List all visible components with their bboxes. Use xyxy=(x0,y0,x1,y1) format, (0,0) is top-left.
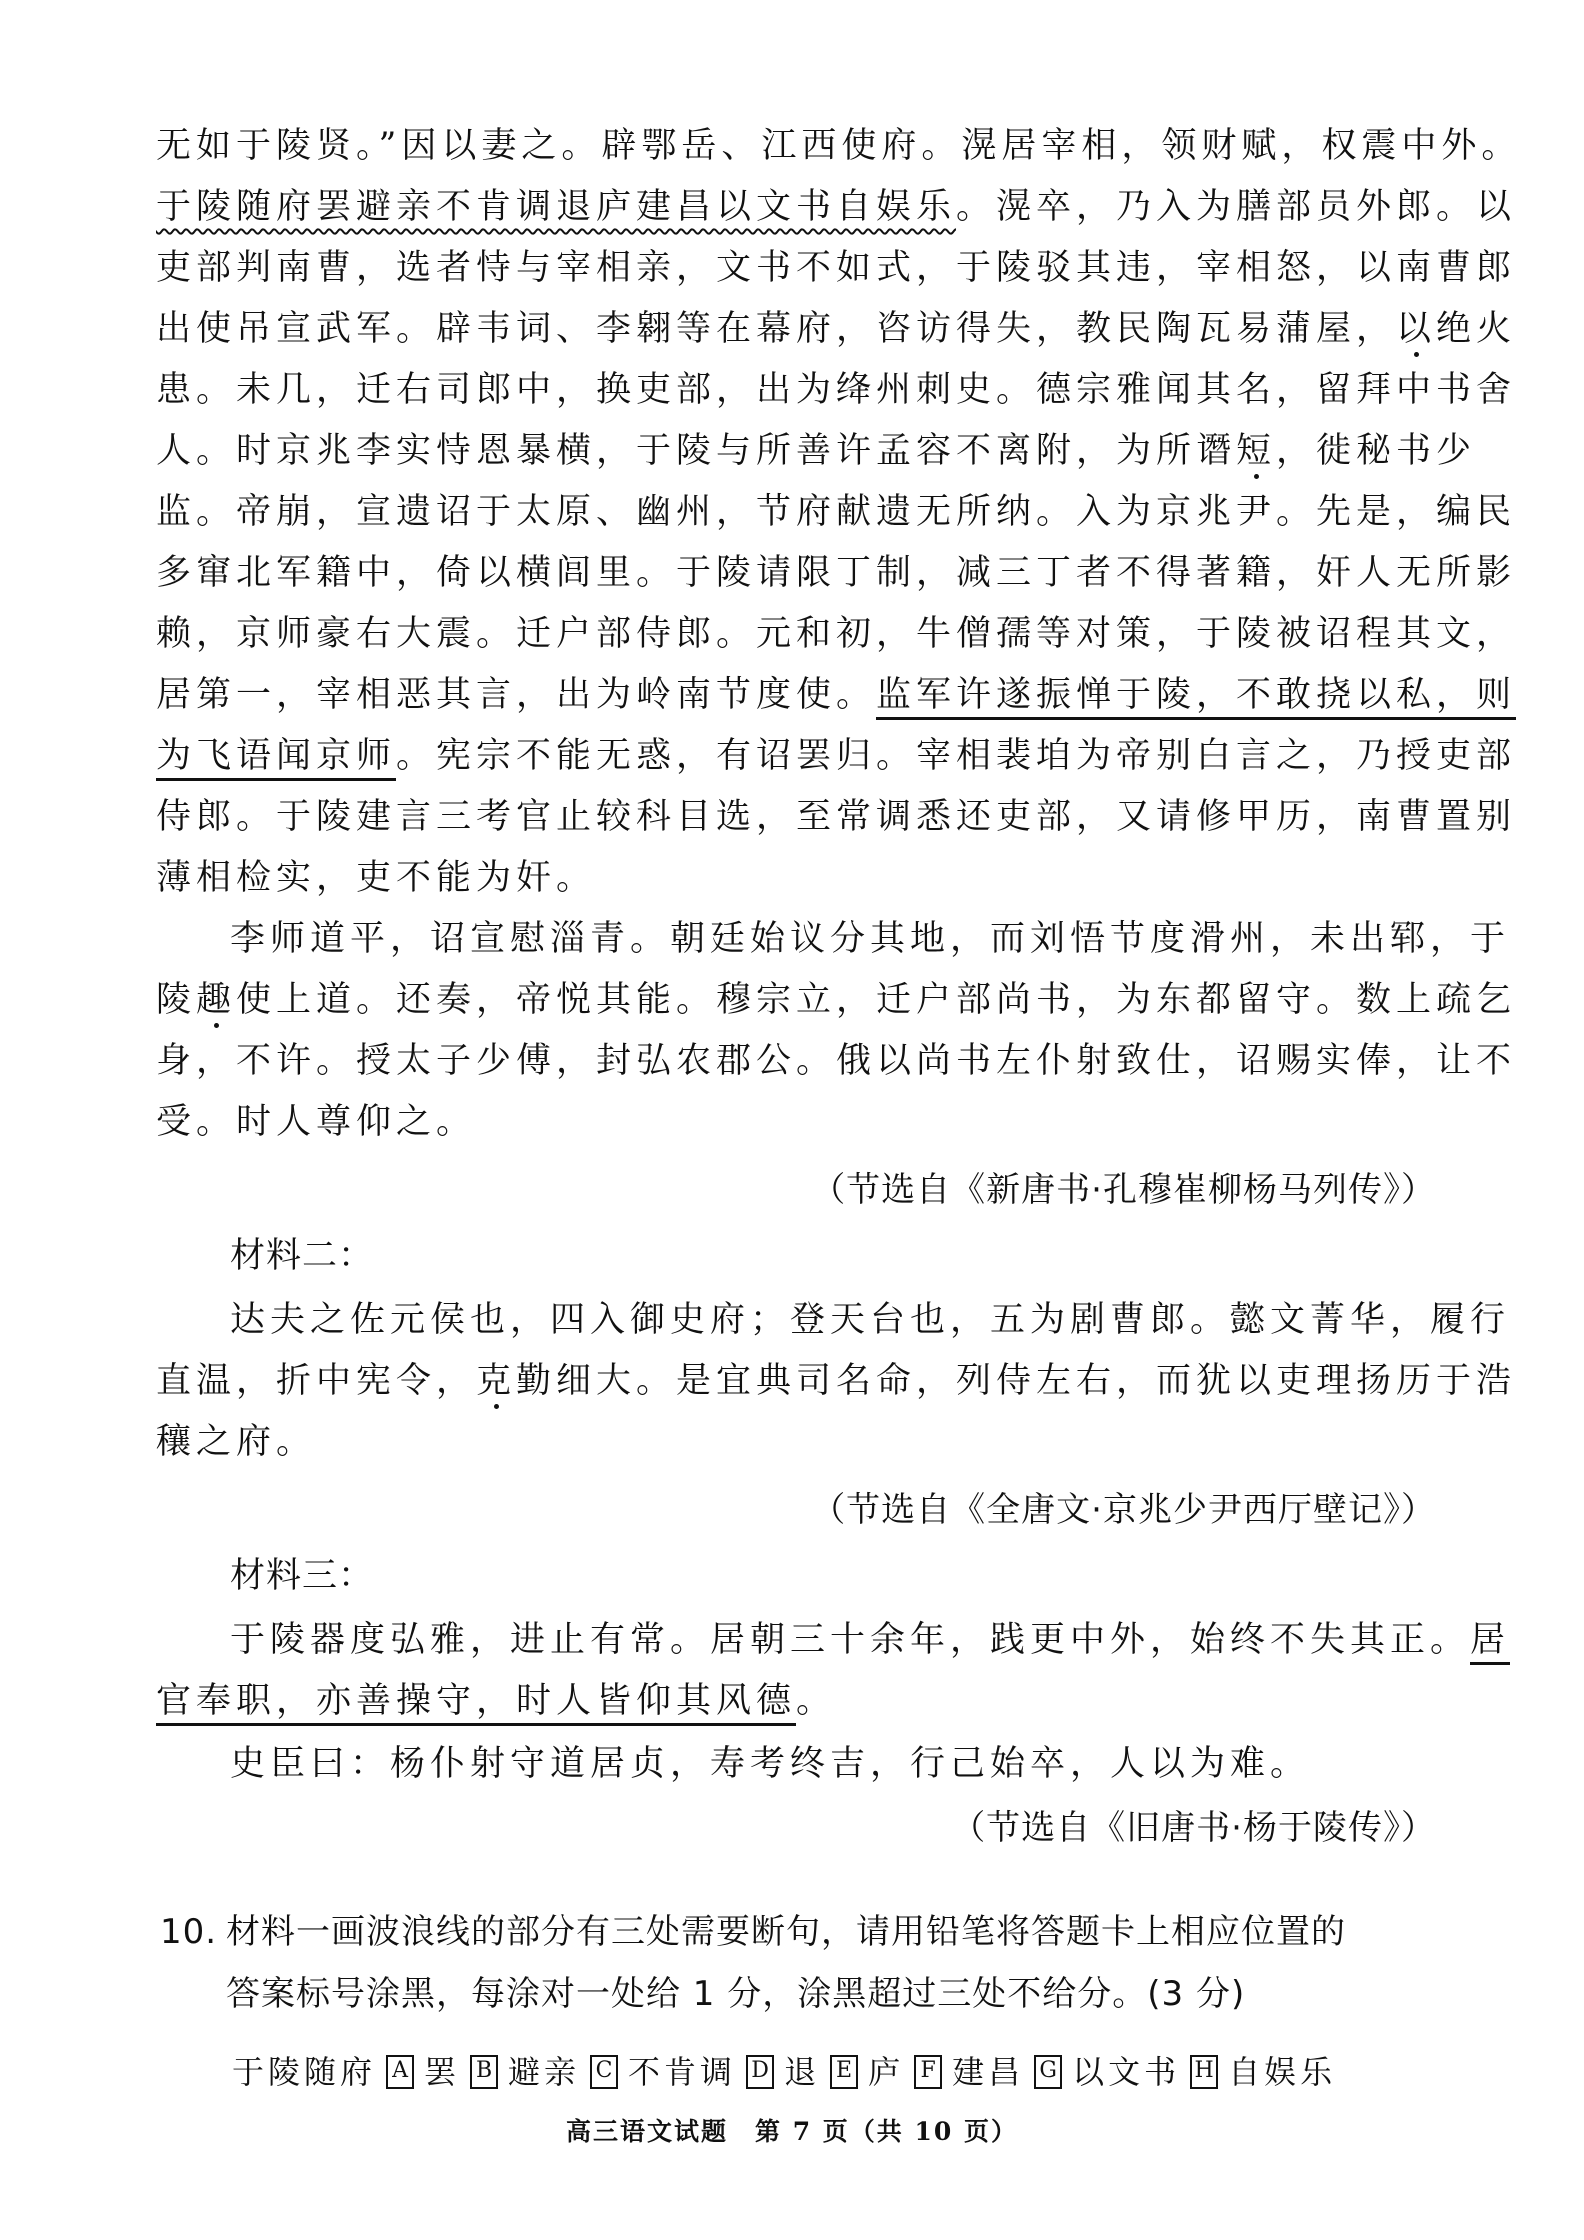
material1-line-11: 为飞语闻京师。宪宗不能无惑，有诏罢归。宰相裴垍为帝别白言之，乃授吏部 xyxy=(156,728,1436,784)
material2-line-3: 穰之府。 xyxy=(156,1414,1436,1470)
wavy-underlined-passage: 于陵随府罢避亲不肯调退庐建昌以文书自娱乐 xyxy=(156,187,956,227)
option-box-F[interactable]: F xyxy=(914,2055,942,2089)
material3-heading: 材料三： xyxy=(230,1548,1436,1604)
material2-line-2: 直温，折中宪令，克勤细大。是宜典司名命，列侍左右，而犹以吏理扬历于浩 xyxy=(156,1353,1436,1409)
material1-line-8: 多窜北军籍中，倚以横闾里。于陵请限丁制，减三丁者不得著籍，奸人无所影 xyxy=(156,545,1436,601)
material1-line-17: 受。时人尊仰之。 xyxy=(156,1094,1436,1150)
material1-line-16: 身，不许。授太子少傅，封弘农郡公。俄以尚书左仆射致仕，诏赐实俸，让不 xyxy=(156,1033,1436,1089)
material1-line-3: 吏部判南曹，选者恃与宰相亲，文书不如式，于陵驳其违，宰相怒，以南曹郎 xyxy=(156,240,1436,296)
material1-line-10: 居第一，宰相恶其言，出为岭南节度使。监军许遂振惮于陵，不敢挠以私，则 xyxy=(156,667,1436,723)
material2-source: （节选自《全唐文·京兆少尹西厅壁记》） xyxy=(811,1482,1436,1538)
material3-line-2: 官奉职，亦善操守，时人皆仰其风德。 xyxy=(156,1673,1436,1729)
material2-line-1: 达夫之佐元侯也，四入御史府；登天台也，五为剧曹郎。懿文菁华，履行 xyxy=(230,1292,1436,1348)
material1-line-2: 于陵随府罢避亲不肯调退庐建昌以文书自娱乐。滉卒，乃入为膳部员外郎。以 xyxy=(156,179,1436,235)
emphasis-dot-char: 以 xyxy=(1396,309,1436,349)
material1-line-9: 赖，京师豪右大震。迁户部侍郎。元和初，牛僧孺等对策，于陵被诏程其文， xyxy=(156,606,1436,662)
material3-line-3: 史臣曰：杨仆射守道居贞，寿考终吉，行己始卒，人以为难。 xyxy=(230,1736,1436,1792)
option-box-C[interactable]: C xyxy=(590,2055,618,2089)
emphasis-dot-char: 短 xyxy=(1236,431,1276,471)
material1-line-12: 侍郎。于陵建言三考官止较科目选，至常调悉还吏部，又请修甲历，南曹置别 xyxy=(156,789,1436,845)
material3-line-1: 于陵器度弘雅，进止有常。居朝三十余年，践更中外，始终不失其正。居 xyxy=(230,1612,1436,1668)
underlined-sentence: 监军许遂振惮于陵，不敢挠以私，则 xyxy=(876,675,1516,720)
material2-heading: 材料二： xyxy=(230,1228,1436,1284)
emphasis-dot-char: 趣 xyxy=(196,980,236,1020)
option-box-G[interactable]: G xyxy=(1034,2055,1062,2089)
material1-line-4: 出使吊宣武军。辟韦词、李翱等在幕府，咨访得失，教民陶瓦易蒲屋，以绝火 xyxy=(156,301,1436,357)
punctuation-options: 于陵随府A罢B避亲C不肯调D退E庐F建昌G以文书H自娱乐 xyxy=(232,2044,1336,2100)
material1-line-7: 监。帝崩，宣遗诏于太原、幽州，节府献遗无所纳。入为京兆尹。先是，编民 xyxy=(156,484,1436,540)
material1-line-6: 人。时京兆李实恃恩暴横，于陵与所善许孟容不离附，为所谮短，徙秘书少 xyxy=(156,423,1436,479)
emphasis-dot-char: 克 xyxy=(476,1361,516,1401)
material3-source: （节选自《旧唐书·杨于陵传》） xyxy=(951,1800,1436,1856)
material1-line-15: 陵趣使上道。还奏，帝悦其能。穆宗立，迁户部尚书，为东都留守。数上疏乞 xyxy=(156,972,1436,1028)
option-box-A[interactable]: A xyxy=(386,2055,414,2089)
underlined-sentence: 为飞语闻京师 xyxy=(156,736,396,781)
option-box-B[interactable]: B xyxy=(470,2055,498,2089)
option-box-D[interactable]: D xyxy=(746,2055,774,2089)
material1-line-5: 患。未几，迁右司郎中，换吏部，出为绛州刺史。德宗雅闻其名，留拜中书舍 xyxy=(156,362,1436,418)
page-footer: 高三语文试题 第 7 页（共 10 页） xyxy=(0,2112,1584,2148)
material1-line-13: 薄相检实，吏不能为奸。 xyxy=(156,850,1436,906)
question-number: 10. xyxy=(160,1904,217,1960)
underlined-sentence: 居 xyxy=(1470,1620,1510,1665)
exam-page: 无如于陵贤。”因以妻之。辟鄂岳、江西使府。滉居宰相，领财赋，权震中外。 于陵随府… xyxy=(0,0,1584,2240)
option-box-E[interactable]: E xyxy=(830,2055,858,2089)
material1-source: （节选自《新唐书·孔穆崔柳杨马列传》） xyxy=(811,1162,1436,1218)
question-text-line-2: 答案标号涂黑，每涂对一处给 1 分，涂黑超过三处不给分。(3 分) xyxy=(226,1966,1245,2022)
underlined-sentence: 官奉职，亦善操守，时人皆仰其风德 xyxy=(156,1681,796,1726)
option-box-H[interactable]: H xyxy=(1190,2055,1218,2089)
material1-line-1: 无如于陵贤。”因以妻之。辟鄂岳、江西使府。滉居宰相，领财赋，权震中外。 xyxy=(156,118,1436,174)
question-text-line-1: 材料一画波浪线的部分有三处需要断句，请用铅笔将答题卡上相应位置的 xyxy=(226,1904,1346,1960)
material1-line-14: 李师道平，诏宣慰淄青。朝廷始议分其地，而刘悟节度滑州，未出郓，于 xyxy=(230,911,1436,967)
